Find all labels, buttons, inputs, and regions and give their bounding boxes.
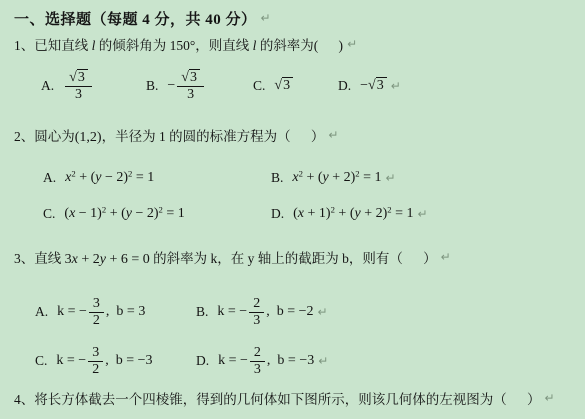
- exam-document-page: 一、选择题（每题 4 分，共 40 分）↵ 1、已知直线 l 的倾斜角为 150…: [0, 0, 585, 407]
- question-2-options-row-2: C. (x − 1)2 + (y − 2)2 = 1 D. (x + 1)2 +…: [43, 201, 575, 227]
- question-2-option-c: C. (x − 1)2 + (y − 2)2 = 1: [43, 206, 271, 222]
- option-formula: k = −23, b = −2: [217, 296, 313, 328]
- paragraph-mark-icon: ↵: [441, 250, 451, 264]
- paragraph-mark-icon: ↵: [386, 171, 396, 185]
- question-2-option-d: D. (x + 1)2 + (y + 2)2 = 1: [271, 206, 414, 222]
- option-formula: k = −23, b = −3: [218, 345, 314, 377]
- option-label: A.: [35, 304, 48, 320]
- question-3-option-a: A. k = −32, b = 3: [35, 296, 196, 328]
- section-heading: 一、选择题（每题 4 分，共 40 分）↵: [14, 8, 575, 28]
- option-formula: k = −32, b = 3: [57, 296, 145, 328]
- option-label: C.: [253, 78, 265, 94]
- question-2-stem: 2、圆心为(1,2)，半径为 1 的圆的标准方程为（ ）↵: [14, 126, 575, 144]
- option-label: B.: [271, 170, 283, 186]
- question-1-options-row: A. √33 B. −√33 C. √3 D. −√3 ↵: [41, 60, 575, 112]
- option-formula: √33: [63, 70, 94, 102]
- option-formula: x2 + (y + 2)2 = 1: [292, 170, 381, 186]
- question-4-text: 4、将长方体截去一个四棱锥，得到的几何体如下图所示，则该几何体的左视图为（ ）: [14, 388, 541, 408]
- option-label: D.: [338, 78, 351, 94]
- option-label: D.: [271, 206, 284, 222]
- option-formula: (x − 1)2 + (y − 2)2 = 1: [64, 206, 184, 222]
- question-1-option-c: C. √3: [253, 78, 338, 94]
- question-3-options-row-2: C. k = −32, b = −3 D. k = −23, b = −3 ↵: [35, 337, 575, 385]
- paragraph-mark-icon: ↵: [545, 391, 555, 405]
- paragraph-mark-icon: ↵: [318, 354, 328, 368]
- option-label: A.: [43, 170, 56, 186]
- question-3-option-c: C. k = −32, b = −3: [35, 345, 196, 377]
- option-label: C.: [43, 206, 55, 222]
- option-label: B.: [146, 78, 158, 94]
- option-formula: −√3: [360, 78, 387, 94]
- question-2-text: 2、圆心为(1,2)，半径为 1 的圆的标准方程为（ ）: [14, 125, 324, 146]
- question-1-stem: 1、已知直线 l 的倾斜角为 150°，则直线 l 的斜率为( )↵: [14, 35, 575, 53]
- paragraph-mark-icon: ↵: [347, 37, 357, 51]
- option-formula: √3: [274, 78, 293, 94]
- option-label: D.: [196, 353, 209, 369]
- question-4-stem: 4、将长方体截去一个四棱锥，得到的几何体如下图所示，则该几何体的左视图为（ ）↵: [14, 389, 575, 407]
- question-3-option-d: D. k = −23, b = −3: [196, 345, 314, 377]
- section-heading-text: 一、选择题（每题 4 分，共 40 分）: [14, 8, 257, 29]
- question-1-option-b: B. −√33: [146, 70, 253, 102]
- question-2-option-a: A. x2 + (y − 2)2 = 1: [43, 170, 271, 186]
- paragraph-mark-icon: ↵: [261, 11, 272, 25]
- question-1-text: 1、已知直线 l 的倾斜角为 150°，则直线 l 的斜率为( ): [14, 34, 343, 54]
- option-label: C.: [35, 353, 47, 369]
- paragraph-mark-icon: ↵: [328, 128, 338, 142]
- question-3-option-b: B. k = −23, b = −2: [196, 296, 313, 328]
- option-formula: x2 + (y − 2)2 = 1: [65, 170, 154, 186]
- question-1-option-a: A. √33: [41, 70, 146, 102]
- question-1-option-d: D. −√3: [338, 78, 387, 94]
- option-formula: −√33: [167, 70, 206, 102]
- option-formula: k = −32, b = −3: [56, 345, 152, 377]
- option-label: B.: [196, 304, 208, 320]
- paragraph-mark-icon: ↵: [418, 207, 428, 221]
- question-2-option-b: B. x2 + (y + 2)2 = 1: [271, 170, 382, 186]
- question-3-stem: 3、直线 3x + 2y + 6 = 0 的斜率为 k，在 y 轴上的截距为 b…: [14, 248, 575, 266]
- paragraph-mark-icon: ↵: [317, 305, 327, 319]
- option-label: A.: [41, 78, 54, 94]
- question-2-options-row-1: A. x2 + (y − 2)2 = 1 B. x2 + (y + 2)2 = …: [43, 165, 575, 191]
- option-formula: (x + 1)2 + (y + 2)2 = 1: [293, 206, 413, 222]
- question-3-text: 3、直线 3x + 2y + 6 = 0 的斜率为 k，在 y 轴上的截距为 b…: [14, 247, 437, 268]
- question-3-options-row-1: A. k = −32, b = 3 B. k = −23, b = −2 ↵: [35, 287, 575, 337]
- paragraph-mark-icon: ↵: [391, 79, 401, 93]
